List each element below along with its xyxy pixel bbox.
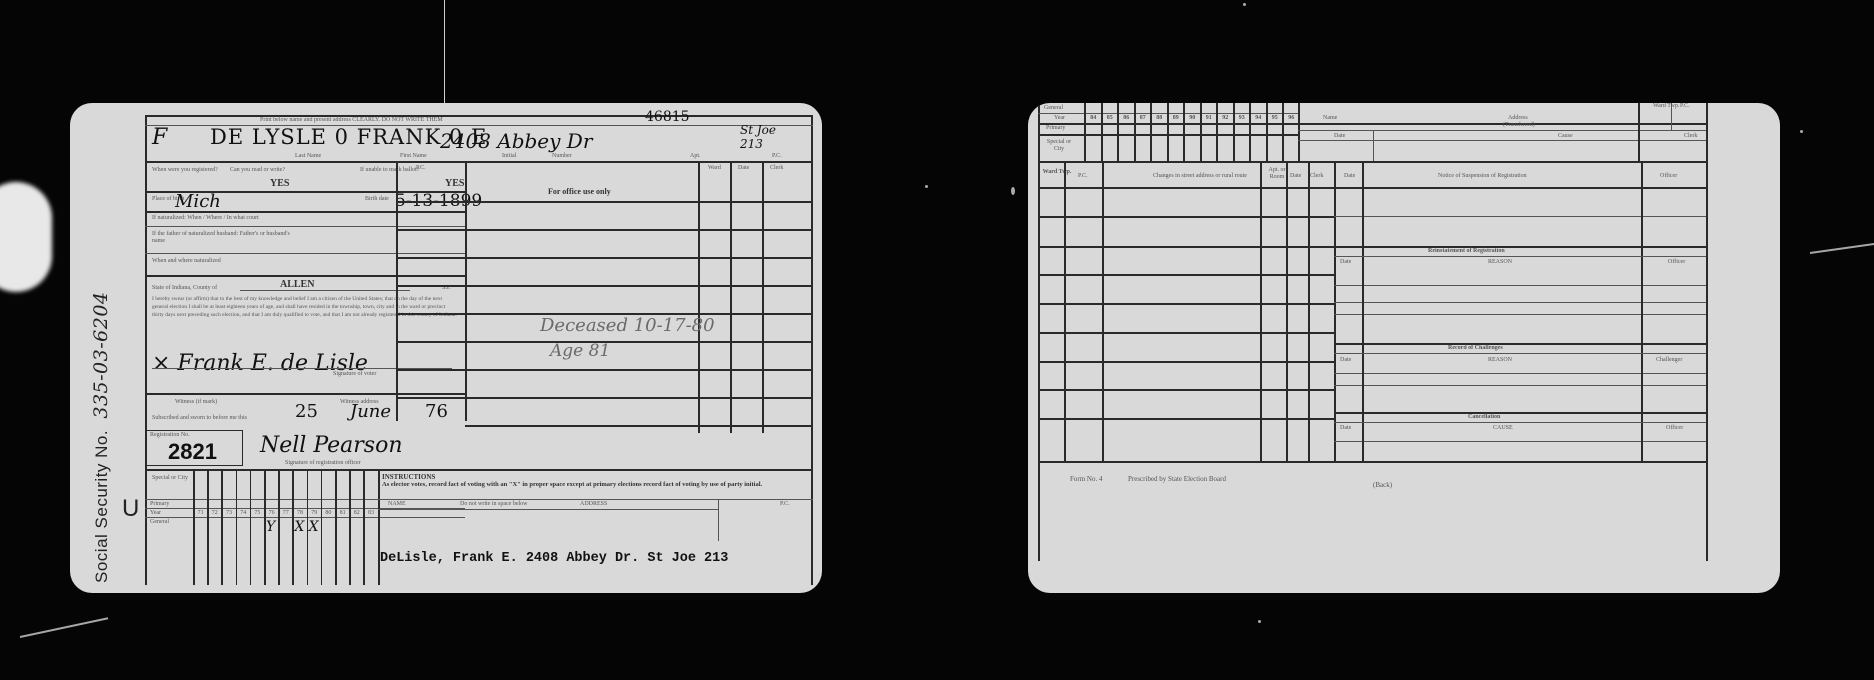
back-vote-col-line [1101,103,1103,161]
back-vote-year-cell: 93 [1235,115,1250,121]
vote-year-cell: 83 [364,510,377,516]
label-how-where: When and where naturalized [152,258,242,265]
vote-col-line [207,469,209,585]
office-row-line [396,201,813,203]
label-able-to-mark: If unable to mark ballot? [360,167,419,173]
rule [145,393,465,395]
place-of-birth-handwritten: Mich [175,191,221,212]
change-row-line [1038,246,1334,248]
back-vote-col-line [1134,103,1136,161]
label-registration: Registration No. [150,432,190,438]
back-row-year: Year [1054,115,1065,121]
rule [1038,123,1706,125]
vote-col-line [278,469,280,585]
label-subscribed: Subscribed and sworn to before me this [152,415,247,421]
change-row-line [1038,332,1334,334]
top-instruction: Print below name and present address CLE… [260,117,443,123]
rule [378,509,718,510]
back-vote-year-cell: 90 [1185,115,1200,121]
address-handwritten: 2408 Abbey Dr [440,129,592,153]
office-note-deceased: Deceased 10-17-80 [540,315,715,336]
scan-artifact-blob [0,182,52,292]
label-ward-col: Ward [708,165,721,171]
back-vote-year-cell: 88 [1152,115,1167,121]
back-row-special: Special or City [1044,139,1074,153]
right-row-line [1334,385,1706,386]
label-pct: P.C. [772,153,782,159]
vote-year-cell: 81 [336,510,349,516]
county-value: ALLEN [280,279,314,290]
col-line [1064,161,1066,461]
rule [1334,353,1706,354]
vote-col-line [236,469,238,585]
label-when-registered: When were you registered? [152,167,218,173]
rule [1334,422,1706,423]
right-row-line [1334,373,1706,374]
rule [145,226,465,227]
precinct-handwritten: St Joe 213 [740,123,800,151]
back-vote-year-cell: 89 [1169,115,1184,121]
vote-col-line [349,469,351,585]
rule [1298,140,1706,141]
office-row-line [396,397,813,399]
label-read-write: Can you read or write? [230,167,285,173]
reinstatement-reason-header: REASON [1488,259,1512,265]
label-bottom-pct: P.C. [780,501,790,507]
label-do-not-write: Do not write in space below [460,501,527,507]
vote-mark: X [309,519,319,535]
rule [1298,130,1706,131]
label-naturalized: If naturalized: When / Where / In what c… [152,215,259,221]
label-apt: Apt. [690,153,701,159]
rule [145,211,465,213]
vote-year-cell: 82 [350,510,363,516]
back-row-general: General [1044,105,1063,111]
rule [1038,187,1706,189]
label-transfer-cause: Cause [1558,133,1573,139]
label-transferred: (Transferred) [1503,122,1535,128]
back-card: General Year Primary Special or City 848… [1028,103,1780,593]
vote-row-primary: Primary [150,501,169,507]
office-row-line [396,285,813,287]
sex-mark: F [152,125,167,150]
label-transfer-ward: Ward Twp. [1653,103,1679,109]
vote-row-year: Year [150,510,161,516]
office-row-line [396,257,813,259]
rule [378,469,813,471]
vote-year-cell: 79 [308,510,321,516]
challenges-challenger-header: Challenger [1656,357,1682,363]
label-date-col: Date [738,165,749,171]
col-line [1102,161,1104,461]
rule [1334,412,1706,414]
header-changes-address: Changes in street address or rural route [1153,173,1247,179]
form-border [811,115,813,585]
oath-text: I hereby swear (or affirm) that to the b… [152,295,457,319]
office-note-age: Age 81 [550,341,610,361]
office-use-header: For office use only [548,187,611,196]
cancellation-title: Cancellation [1468,414,1500,420]
label-county: State of Indiana, County of [152,285,217,291]
change-row-line [1038,216,1334,218]
back-vote-col-line [1084,103,1086,161]
scan-speck [1243,3,1246,6]
back-vote-col-line [1216,103,1218,161]
reinstatement-date-header: Date [1340,259,1351,265]
clerk-signature-handwritten: Nell Pearson [260,433,403,458]
label-address: ADDRESS [580,501,607,507]
back-vote-year-cell: 92 [1218,115,1233,121]
change-row-line [1038,389,1334,391]
header-pc: P.C. [1078,173,1088,179]
col-line [718,499,719,541]
scan-speck [1011,187,1015,195]
right-row-line [1334,216,1706,217]
col-line [1373,130,1374,161]
cancellation-cause-header: CAUSE [1493,425,1513,431]
back-vote-year-cell: 95 [1268,115,1283,121]
rule [1038,461,1706,463]
back-row-primary: Primary [1046,125,1065,131]
instructions-title: INSTRUCTIONS [382,473,435,481]
label-transfer-name: Name [1323,115,1337,121]
label-clerk-signature: Signature of registration officer [285,460,361,466]
footer-prescribed: Prescribed by State Election Board [1128,475,1226,483]
header-change-date: Date [1290,173,1301,179]
scan-speck [925,185,928,188]
rule [1038,161,1706,163]
col-line [1641,161,1643,461]
challenges-title: Record of Challenges [1448,345,1503,351]
front-card: Social Security No. 335-03-6204 U Print … [70,103,822,593]
rule [240,290,410,291]
col-line [465,161,467,421]
back-vote-year-cell: 87 [1136,115,1151,121]
col-line [1638,103,1640,161]
back-vote-col-line [1249,103,1251,161]
form-border [145,115,813,117]
rule [378,499,813,500]
label-pc-col: P.C. [416,165,426,171]
vote-year-cell: 78 [293,510,306,516]
instructions-text: As elector votes, record fact of voting … [382,481,807,489]
col-line [396,161,398,421]
office-row-line [396,369,813,371]
scan-speck [1258,620,1261,623]
vote-col-line [221,469,223,585]
zip-handwritten: 46815 [645,109,690,125]
label-name: NAME [388,501,406,507]
label-birth-date: Birth date [365,196,389,202]
scan-line [444,0,445,105]
able-to-mark-value: YES [445,178,464,189]
vote-mark: Y [266,519,275,535]
office-row-line [465,425,813,427]
vote-year-cell: 75 [251,510,264,516]
vote-row-general: General [150,519,169,525]
ssn-value: 335-03-6204 [90,292,112,419]
header-suspension-officer: Officer [1660,173,1677,179]
vote-col-line [335,469,337,585]
vote-col-line [321,469,323,585]
rule [1334,343,1706,345]
vote-year-cell: 74 [237,510,250,516]
rule [145,275,465,277]
label-transfer-pct: P.C. [1680,103,1690,109]
header-ward-twp: Ward Twp. [1042,169,1072,176]
rule [145,161,813,163]
rule [145,253,465,254]
label-husband: If the father of naturalized husband: Fa… [152,231,302,245]
back-vote-col-line [1167,103,1169,161]
back-vote-col-line [1282,103,1284,161]
letter-mark: U [122,495,139,523]
label-transfer-address: Address [1508,115,1528,121]
label-transfer-clerk: Clerk [1684,133,1697,139]
vote-year-cell: 71 [194,510,207,516]
label-witness: Witness (if mark) [175,399,217,405]
cancellation-date-header: Date [1340,425,1351,431]
read-write-value: YES [270,178,289,189]
col-line [378,469,380,585]
scan-speck [1800,130,1803,133]
col-line [1334,161,1336,461]
challenges-date-header: Date [1340,357,1351,363]
back-vote-year-cell: 96 [1284,115,1299,121]
label-first-name: First Name [400,153,427,159]
vote-year-cell: 80 [322,510,335,516]
right-row-line [1334,285,1706,286]
label-signature: Signature of voter [333,371,376,377]
rule [1334,246,1706,248]
label-transfer-date: Date [1334,133,1345,139]
vote-year-cell: 77 [279,510,292,516]
footer-back-label: (Back) [1373,481,1392,489]
form-border [1706,103,1708,561]
back-vote-col-line [1117,103,1119,161]
registration-number: 2821 [168,439,217,465]
change-row-line [1038,303,1334,305]
label-clerk-col: Clerk [770,165,783,171]
vote-year-cell: 76 [265,510,278,516]
header-suspension-date: Date [1344,173,1355,179]
vote-col-line [193,469,195,585]
right-row-line [1334,314,1706,315]
back-vote-year-cell: 94 [1251,115,1266,121]
footer-form-no: Form No. 4 [1070,475,1102,483]
subscribed-year-handwritten: 76 [425,401,448,422]
right-row-line [1334,302,1706,303]
header-suspension-notice: Notice of Suspension of Registration [1438,173,1527,179]
right-row-line [1334,441,1706,442]
change-row-line [1038,418,1334,420]
subscribed-month-handwritten: June [350,401,391,422]
vote-col-line [250,469,252,585]
cancellation-officer-header: Officer [1666,425,1683,431]
subscribed-day-handwritten: 25 [295,401,318,422]
ssn-side-label: Social Security No. 335-03-6204 [90,292,112,584]
vote-year-cell: 73 [222,510,235,516]
rule [1334,256,1706,257]
col-line [1671,103,1672,130]
challenges-reason-header: REASON [1488,357,1512,363]
label-last-name: Last Name [295,153,321,159]
back-vote-year-cell: 91 [1202,115,1217,121]
reinstatement-title: Reinstatement of Registration [1428,248,1505,254]
back-vote-col-line [1183,103,1185,161]
vote-year-cell: 72 [208,510,221,516]
back-vote-year-cell: 86 [1119,115,1134,121]
col-line [1362,161,1364,461]
scan-scratch [20,617,108,638]
reinstatement-officer-header: Officer [1668,259,1685,265]
ssn-label: Social Security No. [92,430,111,583]
col-line [1286,161,1288,461]
back-vote-col-line [1266,103,1268,161]
back-vote-year-cell: 84 [1086,115,1101,121]
vote-col-line [363,469,365,585]
col-line [1308,161,1310,461]
col-line [1260,161,1262,461]
back-vote-col-line [1150,103,1152,161]
office-row-line [396,229,813,231]
col-line [1298,103,1300,161]
back-vote-col-line [1233,103,1235,161]
header-change-clerk: Clerk [1310,173,1323,179]
scan-scratch [1810,242,1874,254]
back-vote-col-line [1200,103,1202,161]
label-initial: Initial [502,153,516,159]
change-row-line [1038,361,1334,363]
typed-name-label: DeLisle, Frank E. 2408 Abbey Dr. St Joe … [380,551,728,566]
form-border [145,115,147,585]
vote-mark: X [294,519,304,535]
vote-row-special: Special or City [150,475,190,482]
label-number: Number [552,153,572,159]
back-vote-year-cell: 85 [1103,115,1118,121]
change-row-line [1038,274,1334,276]
